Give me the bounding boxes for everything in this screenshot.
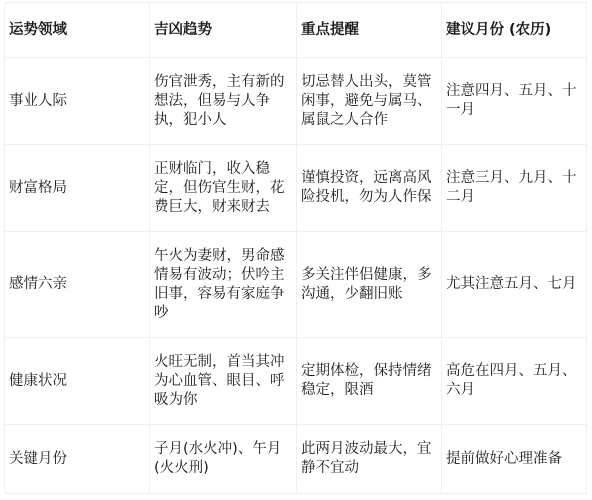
cell-months: 注意三月、九月、十二月 (442, 145, 587, 232)
cell-reminder: 此两月波动最大，宜静不宜动 (297, 425, 442, 494)
cell-area: 财富格局 (5, 145, 150, 232)
cell-trend: 午火为妻财，男命感情易有波动；伏吟主旧事，容易有家庭争吵 (150, 232, 297, 338)
cell-reminder: 定期体检，保持情绪稳定，限酒 (297, 338, 442, 425)
cell-area: 感情六亲 (5, 232, 150, 338)
table-row: 感情六亲 午火为妻财，男命感情易有波动；伏吟主旧事，容易有家庭争吵 多关注伴侣健… (5, 232, 587, 338)
cell-trend: 火旺无制，首当其冲为心血管、眼目、呼吸为你 (150, 338, 297, 425)
cell-trend: 伤官泄秀，主有新的想法，但易与人争执，犯小人 (150, 58, 297, 145)
cell-months: 尤其注意五月、七月 (442, 232, 587, 338)
cell-trend: 正财临门，收入稳定，但伤官生财，花费巨大，财来财去 (150, 145, 297, 232)
cell-reminder: 多关注伴侣健康，多沟通，少翻旧账 (297, 232, 442, 338)
table-row: 健康状况 火旺无制，首当其冲为心血管、眼目、呼吸为你 定期体检，保持情绪稳定，限… (5, 338, 587, 425)
fortune-table-container: 运势领域 吉凶趋势 重点提醒 建议月份 (农历) 事业人际 伤官泄秀，主有新的想… (4, 2, 586, 494)
table-row: 事业人际 伤官泄秀，主有新的想法，但易与人争执，犯小人 切忌替人出头，莫管闲事，… (5, 58, 587, 145)
table-header-row: 运势领域 吉凶趋势 重点提醒 建议月份 (农历) (5, 3, 587, 58)
cell-area: 健康状况 (5, 338, 150, 425)
cell-area: 关键月份 (5, 425, 150, 494)
cell-reminder: 切忌替人出头，莫管闲事，避免与属马、属鼠之人合作 (297, 58, 442, 145)
header-trend: 吉凶趋势 (150, 3, 297, 58)
table-row: 关键月份 子月(水火冲)、午月(火火刑) 此两月波动最大，宜静不宜动 提前做好心… (5, 425, 587, 494)
header-reminder: 重点提醒 (297, 3, 442, 58)
cell-reminder: 谨慎投资，远离高风险投机，勿为人作保 (297, 145, 442, 232)
header-area: 运势领域 (5, 3, 150, 58)
fortune-table: 运势领域 吉凶趋势 重点提醒 建议月份 (农历) 事业人际 伤官泄秀，主有新的想… (4, 2, 587, 494)
cell-months: 注意四月、五月、十一月 (442, 58, 587, 145)
cell-months: 提前做好心理准备 (442, 425, 587, 494)
cell-area: 事业人际 (5, 58, 150, 145)
cell-trend: 子月(水火冲)、午月(火火刑) (150, 425, 297, 494)
header-months: 建议月份 (农历) (442, 3, 587, 58)
table-row: 财富格局 正财临门，收入稳定，但伤官生财，花费巨大，财来财去 谨慎投资，远离高风… (5, 145, 587, 232)
cell-months: 高危在四月、五月、六月 (442, 338, 587, 425)
